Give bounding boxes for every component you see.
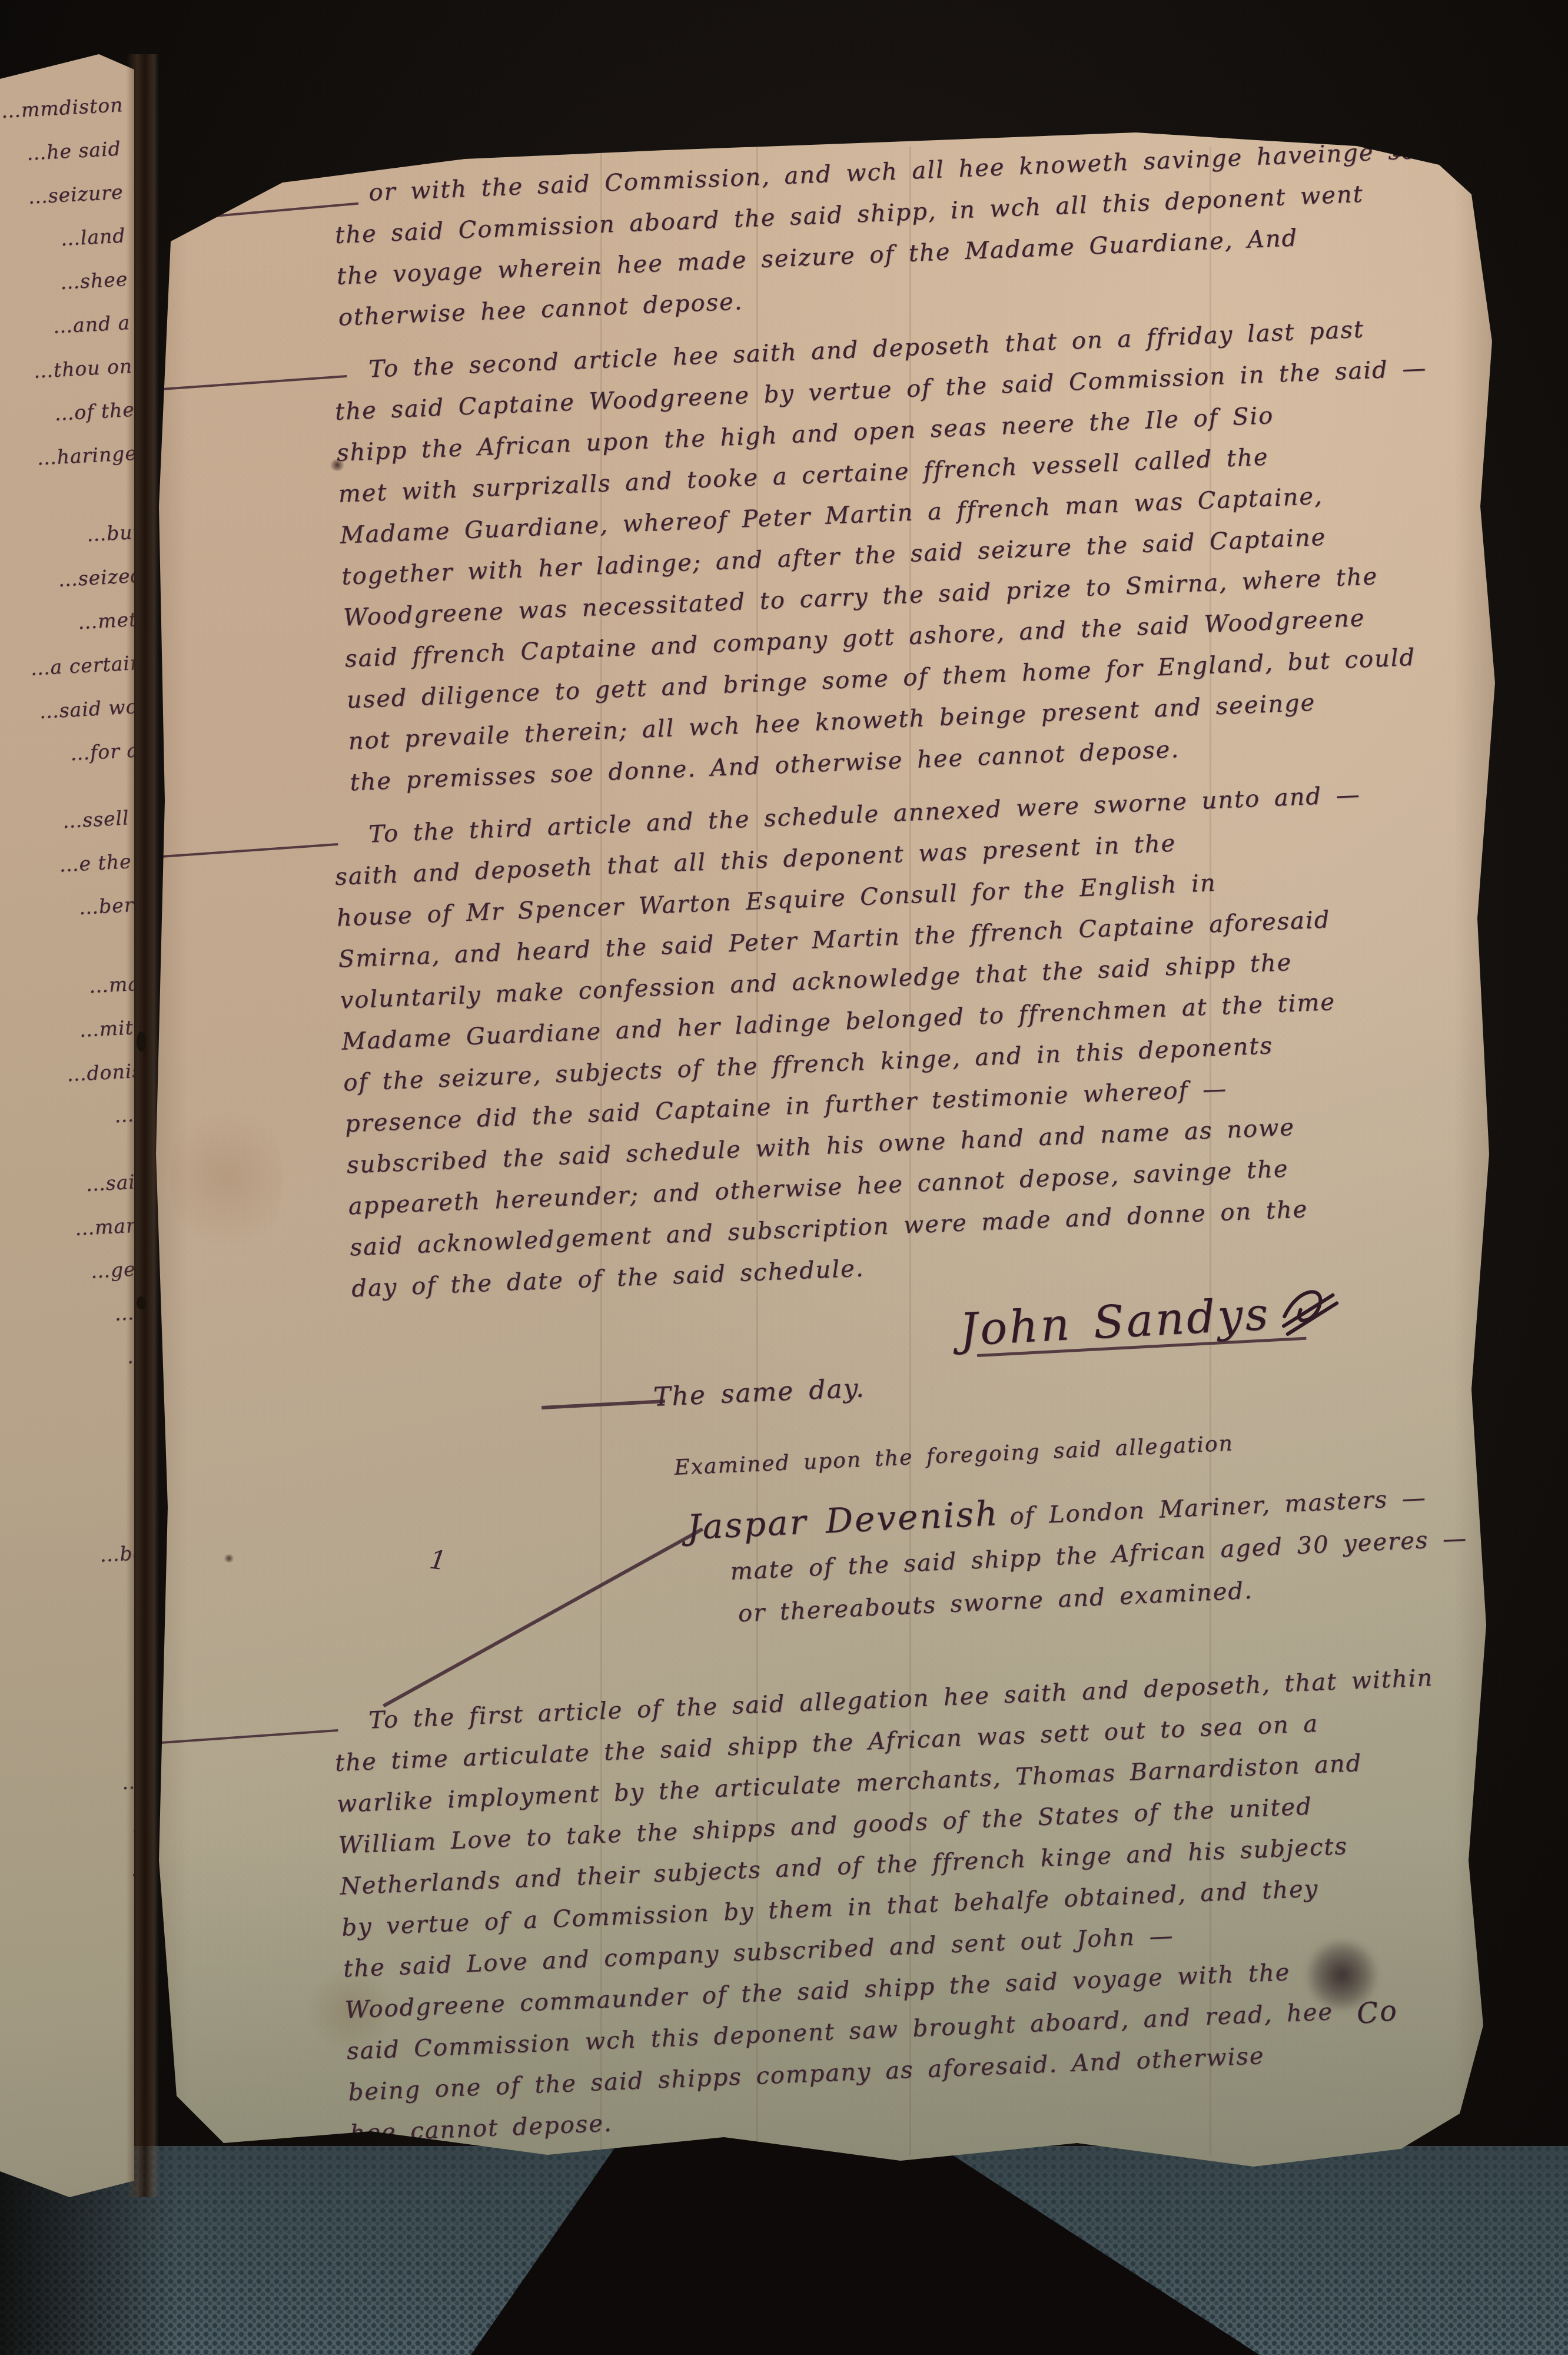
binding-stitch-hole [137,1031,146,1052]
deposition-paragraph-3: To the third article and the schedule an… [333,774,1380,1309]
manuscript-page: 9 or with the said Commission, and wch a… [135,94,1524,2190]
signature-name: John Sandys [958,1287,1271,1356]
ink-speck [224,1554,234,1563]
deponent-signature: John Sandys [958,1279,1343,1356]
deposition-paragraph-2: To the second article hee saith and depo… [333,306,1443,803]
line-fragment: …seizure [5,170,133,220]
deposition-paragraph-4: To the first article of the said allegat… [333,1657,1451,2154]
line-fragment: …land [7,213,135,263]
line-fragment: …he said [2,127,131,177]
margin-numeral: 1 [428,1544,449,1576]
line-fragment: …mmdiston [0,83,128,133]
witness-name: Jaspar Devenish [686,1493,1000,1547]
line-fragment: …shee [9,257,137,307]
pen-flourish [144,1729,338,1745]
line-fragment: …thou on [14,344,142,394]
signature-paraph-flourish [1275,1279,1343,1337]
facing-page-edge: …mmdiston …he said …seizure …land …shee … [0,54,134,2197]
pen-flourish [144,843,338,859]
foxing-stain [171,1095,283,1260]
binding-gutter [126,54,159,2197]
binding-stitch-hole [137,1296,146,1309]
same-day-heading: The same day. [653,1373,866,1412]
pen-flourish [153,375,347,391]
pen-flourish [542,1399,665,1409]
deposition-paragraph-1: or with the said Commission, and wch all… [333,127,1507,338]
catchword-flourish: Co [1355,1994,1399,2031]
line-fragment: …and a [11,300,139,350]
manuscript-photo: …mmdiston …he said …seizure …land …shee … [0,0,1568,2355]
line-fragment: …of the [16,387,144,437]
witness-heading: Jaspar Devenishof London Mariner, master… [686,1471,1470,1637]
